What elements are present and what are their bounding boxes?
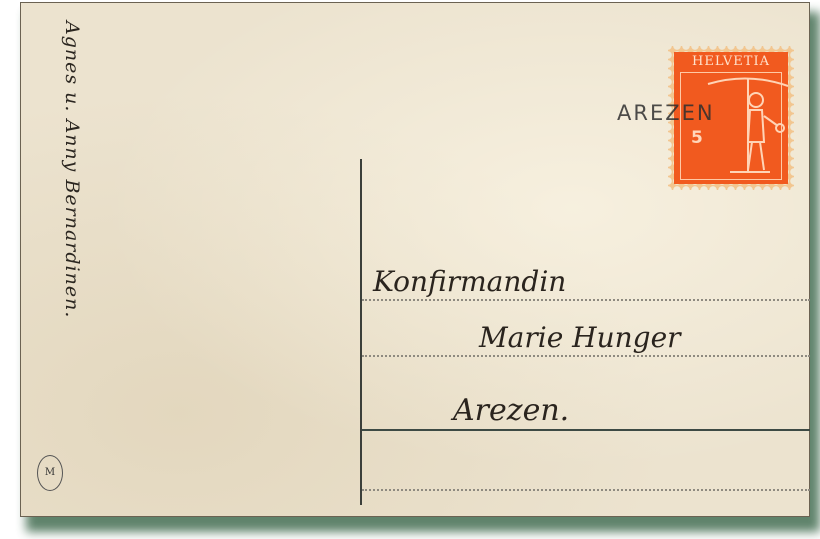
postmark: AREZEN bbox=[617, 101, 715, 125]
sender-handwriting: Agnes u. Anny Bernardinen. bbox=[43, 21, 83, 351]
william-tell-boy-icon bbox=[700, 72, 796, 182]
vertical-divider bbox=[360, 159, 362, 505]
recipient-town: Arezen. bbox=[453, 393, 569, 428]
recipient-title: Konfirmandin bbox=[373, 265, 566, 298]
address-line-3 bbox=[362, 429, 810, 431]
publisher-monogram: M bbox=[37, 455, 63, 491]
stamp-country: HELVETIA bbox=[674, 54, 788, 69]
recipient-name: Marie Hunger bbox=[479, 321, 681, 354]
address-line-2 bbox=[362, 355, 810, 357]
address-line-1 bbox=[362, 299, 810, 301]
address-line-4 bbox=[362, 489, 810, 491]
